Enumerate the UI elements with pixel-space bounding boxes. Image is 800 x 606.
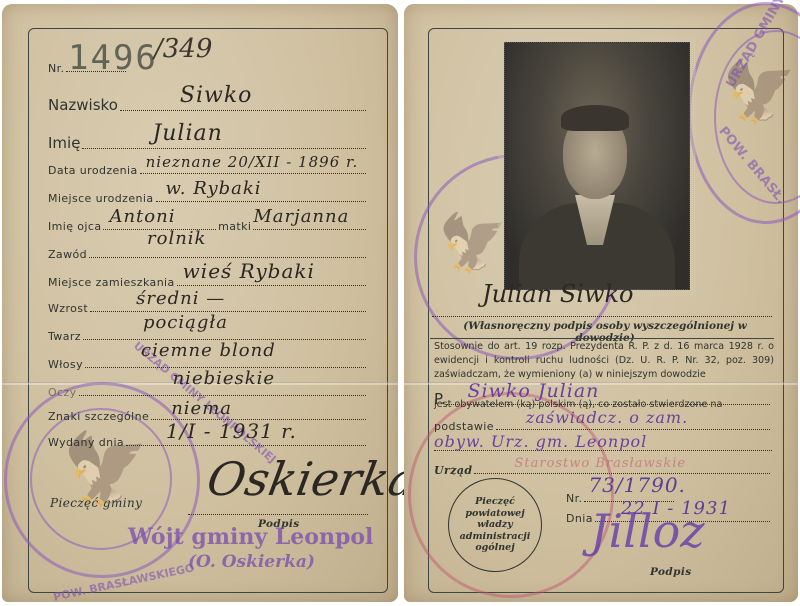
eyes-value: niebieskie: [173, 368, 276, 389]
height-label: Wzrost: [48, 302, 88, 315]
issued-date-value: 1/I - 1931 r.: [166, 419, 297, 443]
distinguishing-marks-label: Znaki szczególne: [48, 410, 149, 423]
nr-label: Nr.: [566, 492, 582, 505]
municipal-stamp-label: Pieczęć gminy: [50, 496, 142, 510]
birth-date-label: Data urodzenia: [48, 164, 138, 177]
birth-place-value: w. Rybaki: [166, 178, 262, 199]
section-divider: [430, 338, 774, 339]
date-label: Dnia: [566, 512, 593, 525]
dotted-line: zaświadcz. o zam.: [496, 428, 770, 430]
father-name-value: Antoni: [109, 206, 175, 227]
issued-date-label: Wydany dnia: [48, 436, 124, 449]
dotted-line: średni —: [90, 310, 366, 312]
signature-line: [432, 316, 772, 317]
field-birth-place: Miejsce urodzenia w. Rybaki: [48, 192, 368, 205]
surname-label: Nazwisko: [48, 96, 118, 114]
hair-label: Włosy: [48, 358, 83, 371]
face-label: Twarz: [48, 330, 81, 343]
signature-label: Podpis: [650, 566, 692, 578]
occupation-value: rolnik: [147, 228, 206, 249]
eagle-emblem-icon: 🦅: [438, 216, 508, 272]
face-value: pociągła: [143, 312, 228, 333]
field-issued-date: Wydany dnia 1/I - 1931 r.: [48, 436, 368, 449]
number-label: Nr.: [48, 62, 64, 75]
official-signature: Oskierka: [203, 452, 421, 506]
wojt-stamp-line1: Wójt gminy Leonpol: [128, 524, 373, 550]
first-name-label: Imię: [48, 134, 80, 152]
starosta-signature: Jilloz: [590, 504, 705, 558]
left-page: 🦅 URZĄD GMINY LEONPOLSKIEJ POW. BRASŁAWS…: [2, 4, 398, 602]
signature-line: [188, 514, 368, 515]
eyes-label: Oczy: [48, 386, 77, 399]
handwritten-number: /349: [154, 34, 212, 64]
photo-hair: [561, 105, 629, 131]
residence-value: wieś Rybaki: [183, 259, 315, 283]
dotted-line: 1/I - 1931 r.: [126, 444, 366, 446]
father-name-label: Imię ojca: [48, 220, 101, 233]
dotted-line: w. Rybaki: [156, 200, 367, 202]
field-parents: Imię ojca Antoni matki Marjanna: [48, 220, 368, 233]
occupation-label: Zawód: [48, 248, 87, 261]
birth-place-label: Miejsce urodzenia: [48, 192, 154, 205]
mother-name-label: matki: [218, 220, 251, 233]
dotted-line: Julian: [82, 147, 366, 149]
office-value: Starostwo Brasławskie: [514, 456, 686, 471]
county-stamp-placeholder: Pieczęć powiatowej władzy administracji …: [448, 478, 542, 572]
birth-date-value: nieznane 20/XII - 1896 r.: [146, 153, 359, 171]
distinguishing-marks-value: niema: [171, 398, 232, 419]
mother-name-value: Marjanna: [253, 206, 349, 227]
certification-text: Stosownie do art. 19 rozp. Prezydenta R.…: [434, 340, 774, 382]
dotted-line: rolnik: [89, 256, 366, 258]
hair-value: ciemne blond: [141, 340, 276, 361]
stamped-number: 1496: [68, 38, 158, 78]
height-value: średni —: [136, 288, 225, 309]
holder-photo: [504, 42, 690, 290]
first-name-value: Julian: [152, 121, 222, 146]
field-surname: Nazwisko Siwko: [48, 96, 368, 114]
dotted-line: niebieskie: [79, 394, 366, 396]
fold-crease: [404, 382, 798, 385]
dotted-line: nieznane 20/XII - 1896 r.: [140, 172, 366, 174]
surname-value: Siwko: [180, 83, 253, 108]
dotted-line: wieś Rybaki: [177, 284, 366, 286]
dotted-line: Siwko: [120, 109, 366, 111]
basis-value-line1: zaświadcz. o zam.: [526, 408, 688, 427]
dotted-line: Marjanna: [253, 228, 366, 230]
wojt-stamp-line2: (O. Oskierka): [188, 552, 315, 572]
field-first-name: Imię Julian: [48, 134, 368, 152]
field-birth-date: Data urodzenia nieznane 20/XII - 1896 r.: [48, 164, 368, 177]
office-label: Urząd: [434, 464, 472, 477]
nr-value: 73/1790.: [588, 473, 685, 497]
right-page: 🦅 URZĄD GMINY POW. BRASŁ. 🦅 Julian Siwko…: [404, 4, 798, 602]
holder-signature: Julian Siwko: [482, 280, 633, 308]
